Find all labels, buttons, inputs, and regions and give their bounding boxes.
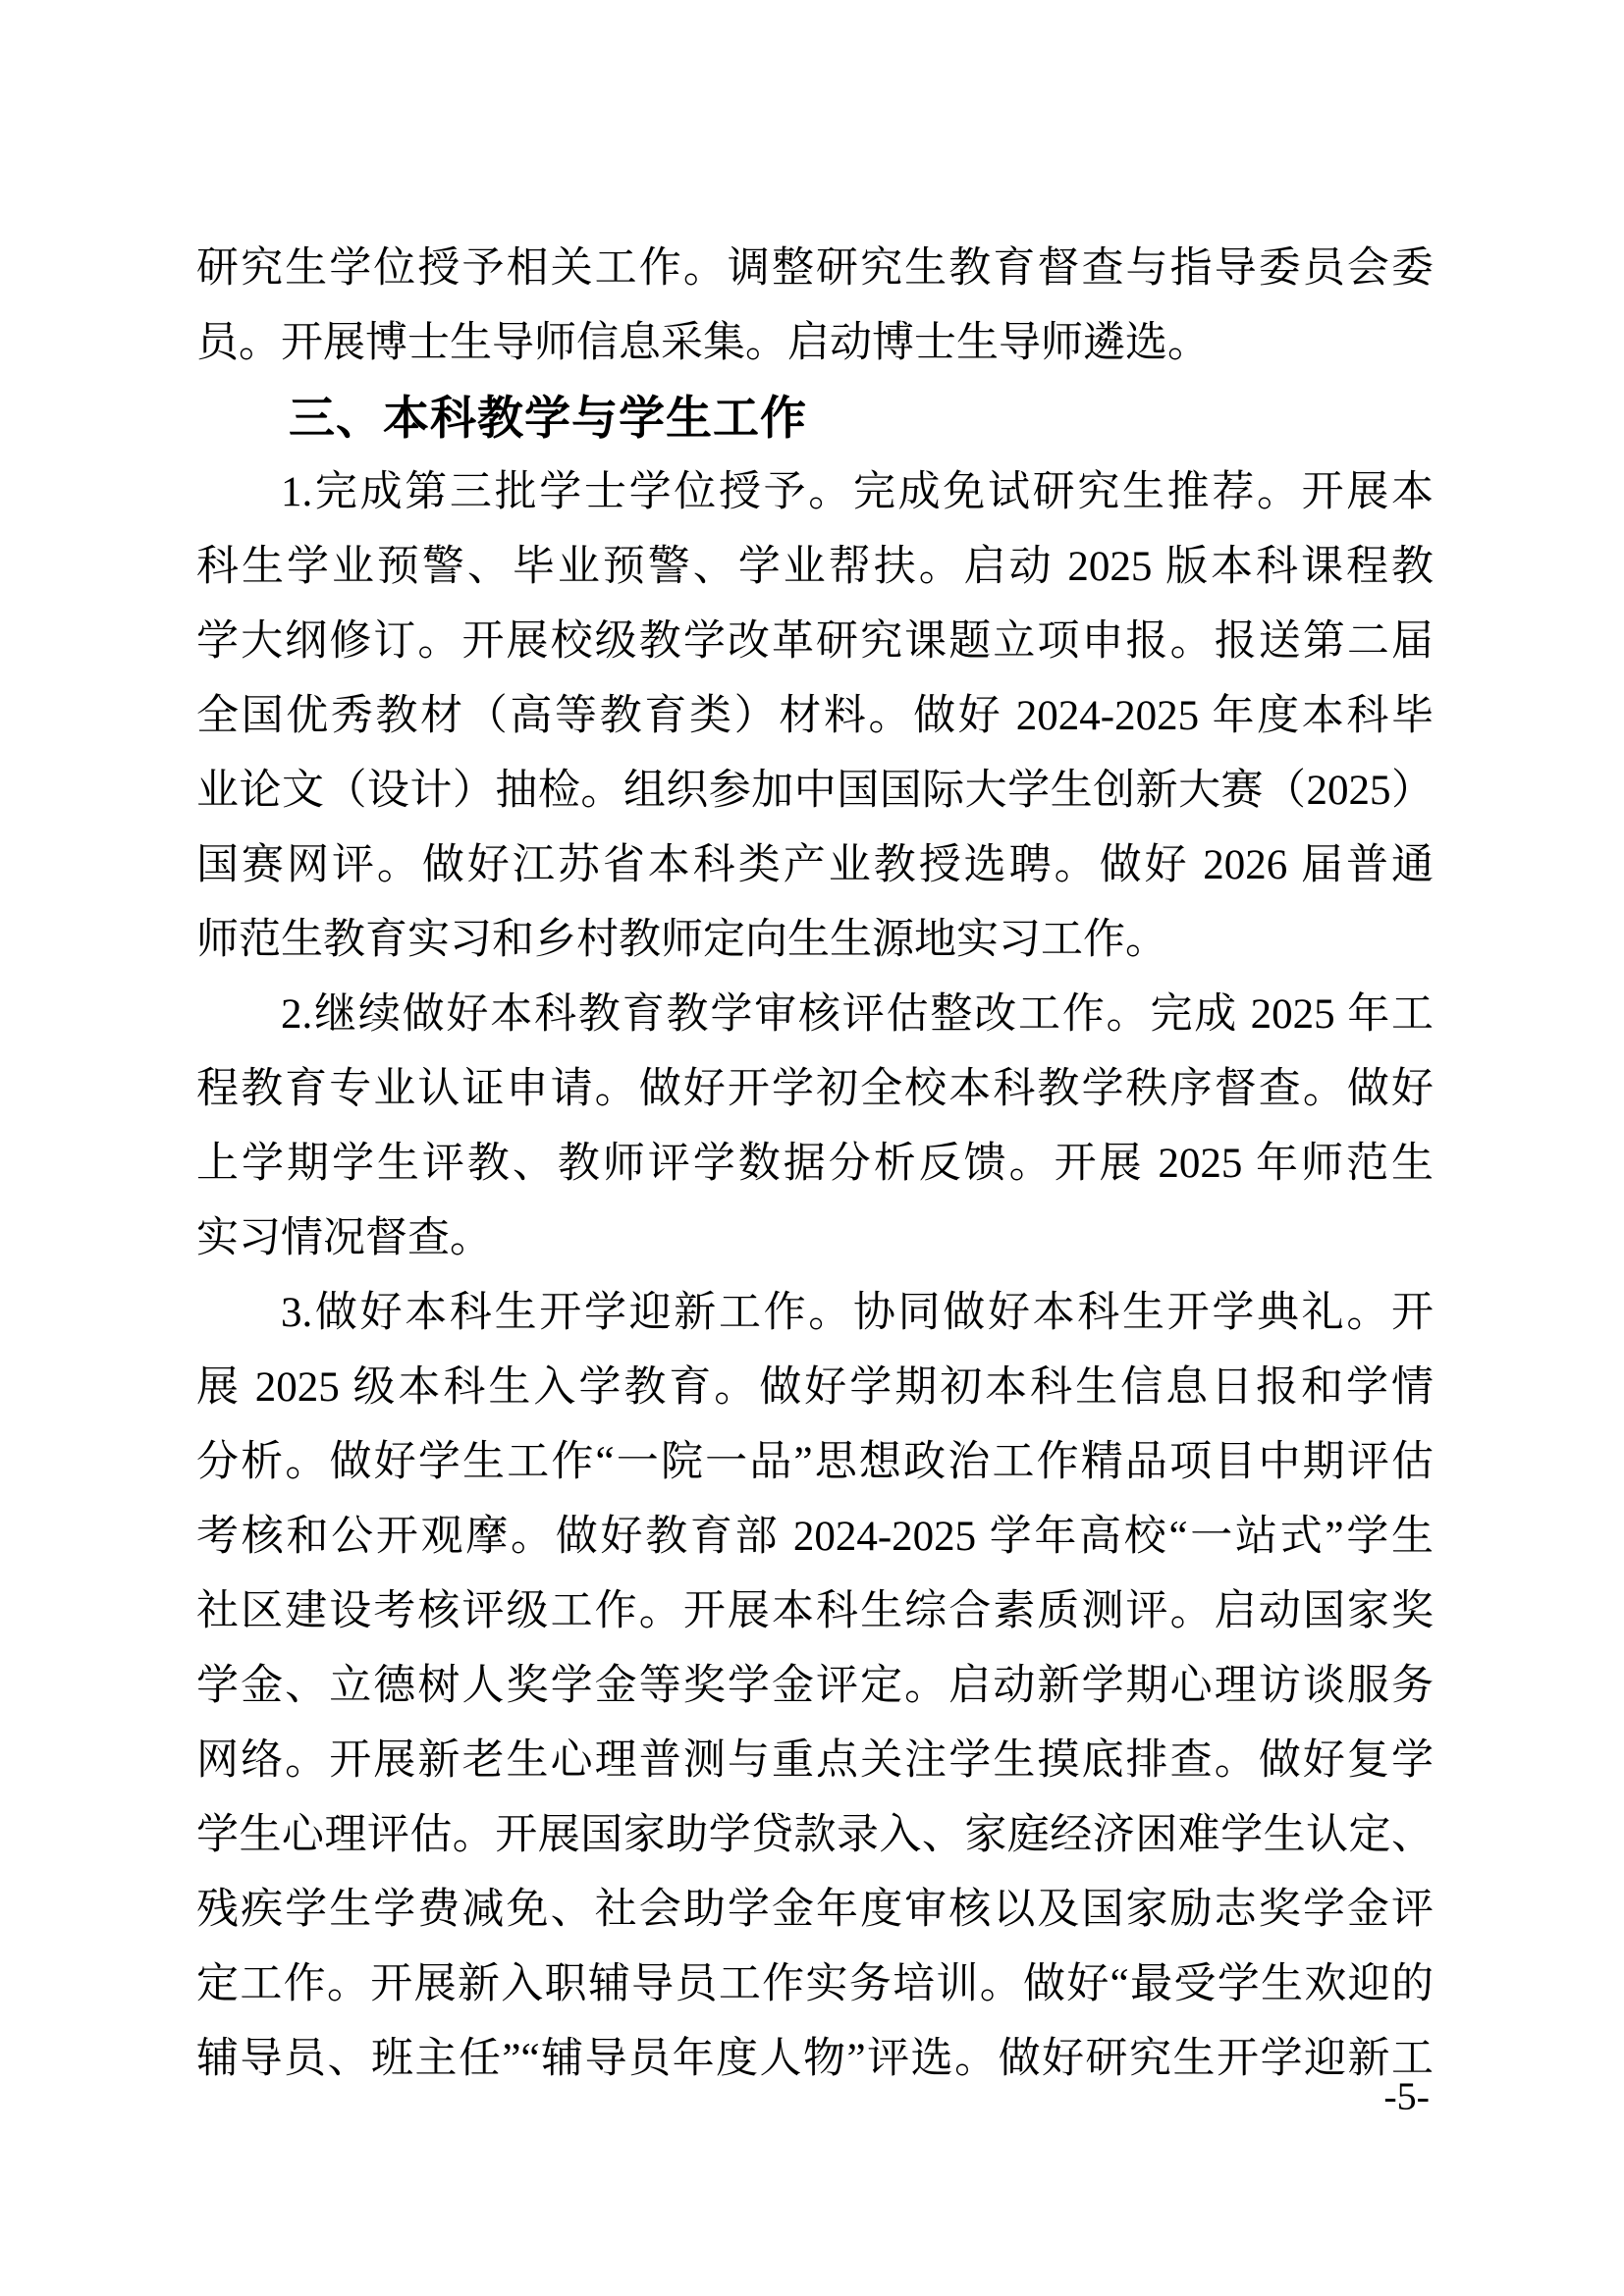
paragraph-line: 程教育专业认证申请。做好开学初全校本科教学秩序督查。做好 <box>196 1052 1434 1127</box>
paragraph-line: 定工作。开展新入职辅导员工作实务培训。做好“最受学生欢迎的 <box>196 1948 1434 2022</box>
paragraph-line: 学生心理评估。开展国家助学贷款录入、家庭经济困难学生认定、 <box>196 1798 1434 1873</box>
paragraph-line: 业论文（设计）抽检。组织参加中国国际大学生创新大赛（2025） <box>196 754 1434 828</box>
paragraph-line: 全国优秀教材（高等教育类）材料。做好 2024-2025 年度本科毕 <box>196 679 1434 754</box>
paragraph-line: 残疾学生学费减免、社会助学金年度审核以及国家励志奖学金评 <box>196 1873 1434 1948</box>
paragraph-line: 辅导员、班主任”“辅导员年度人物”评选。做好研究生开学迎新工 <box>196 2022 1434 2097</box>
paragraph-line: 展 2025 级本科生入学教育。做好学期初本科生信息日报和学情 <box>196 1351 1434 1425</box>
document-page: 研究生学位授予相关工作。调整研究生教育督查与指导委员会委员。开展博士生导师信息采… <box>0 0 1624 2296</box>
paragraph-line: 1.完成第三批学士学位授予。完成免试研究生推荐。开展本 <box>196 455 1434 530</box>
paragraph-line: 科生学业预警、毕业预警、学业帮扶。启动 2025 版本科课程教 <box>196 530 1434 605</box>
paragraph-line: 实习情况督查。 <box>196 1201 1434 1276</box>
paragraph-line: 考核和公开观摩。做好教育部 2024-2025 学年高校“一站式”学生 <box>196 1500 1434 1575</box>
section-heading: 三、本科教学与学生工作 <box>196 381 1434 455</box>
paragraph-line: 2.继续做好本科教育教学审核评估整改工作。完成 2025 年工 <box>196 978 1434 1052</box>
paragraph-line: 师范生教育实习和乡村教师定向生生源地实习工作。 <box>196 903 1434 978</box>
paragraph-line: 国赛网评。做好江苏省本科类产业教授选聘。做好 2026 届普通 <box>196 828 1434 903</box>
paragraph-line: 分析。做好学生工作“一院一品”思想政治工作精品项目中期评估 <box>196 1425 1434 1500</box>
paragraph-line: 上学期学生评教、教师评学数据分析反馈。开展 2025 年师范生 <box>196 1127 1434 1201</box>
paragraph-line: 学大纲修订。开展校级教学改革研究课题立项申报。报送第二届 <box>196 605 1434 679</box>
paragraph-line: 网络。开展新老生心理普测与重点关注学生摸底排查。做好复学 <box>196 1724 1434 1798</box>
paragraph-line: 员。开展博士生导师信息采集。启动博士生导师遴选。 <box>196 306 1434 381</box>
page-number: -5- <box>1383 2073 1430 2120</box>
document-body: 研究生学位授予相关工作。调整研究生教育督查与指导委员会委员。开展博士生导师信息采… <box>196 232 1434 2097</box>
paragraph-line: 社区建设考核评级工作。开展本科生综合素质测评。启动国家奖 <box>196 1575 1434 1649</box>
paragraph-line: 研究生学位授予相关工作。调整研究生教育督查与指导委员会委 <box>196 232 1434 306</box>
paragraph-line: 3.做好本科生开学迎新工作。协同做好本科生开学典礼。开 <box>196 1276 1434 1351</box>
paragraph-line: 学金、立德树人奖学金等奖学金评定。启动新学期心理访谈服务 <box>196 1649 1434 1724</box>
